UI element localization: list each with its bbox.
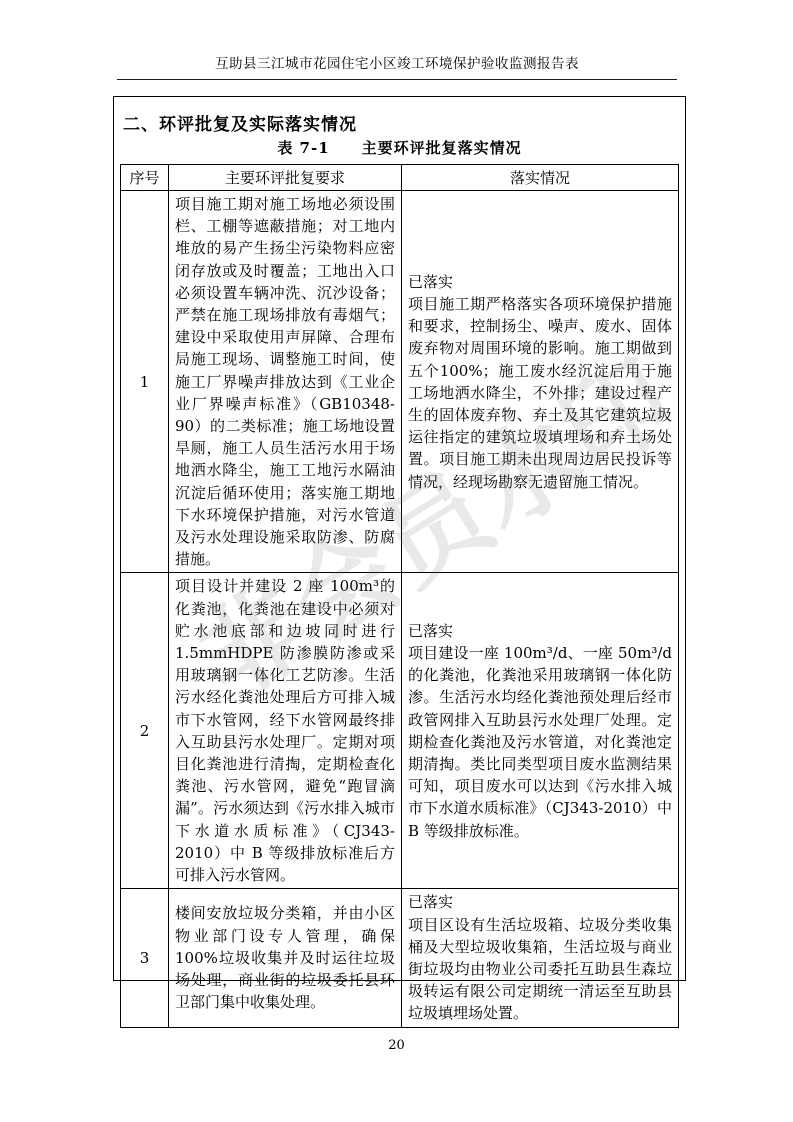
table-row: 3 楼间安放垃圾分类箱，并由小区物业部门设专人管理，确保 100%垃圾收集并及时… [121,889,679,1027]
table-row: 1 项目施工期对施工场地必须设围栏、工棚等遮蔽措施；对工地内堆放的易产生扬尘污染… [121,191,679,573]
cell-status-1: 已落实 项目施工期严格落实各项环境保护措施和要求，控制扬尘、噪声、废水、固体废弃… [402,191,679,573]
content-frame: 二、环评批复及实际落实情况 表 7-1 主要环评批复落实情况 序号 主要环评批复… [113,96,686,981]
cell-requirement-1: 项目施工期对施工场地必须设围栏、工棚等遮蔽措施；对工地内堆放的易产生扬尘污染物料… [169,191,402,573]
cell-seq-2: 2 [121,573,169,889]
epa-approval-table: 序号 主要环评批复要求 落实情况 1 项目施工期对施工场地必须设围栏、工棚等遮蔽… [120,164,679,1028]
table-caption: 表 7-1 主要环评批复落实情况 [114,137,685,158]
column-header-status: 落实情况 [402,165,679,191]
cell-status-2: 已落实 项目建设一座 100m³/d、一座 50m³/d 的化粪池，化粪池采用玻… [402,573,679,889]
column-header-requirement: 主要环评批复要求 [169,165,402,191]
column-header-seq: 序号 [121,165,169,191]
table-row: 2 项目设计并建设 2 座 100m³的化粪池，化粪池在建设中必须对贮水池底部和… [121,573,679,889]
document-page: 互助县三江城市花园住宅小区竣工环境保护验收监测报告表 非会员水印 二、环评批复及… [0,0,793,1122]
cell-requirement-3: 楼间安放垃圾分类箱，并由小区物业部门设专人管理，确保 100%垃圾收集并及时运往… [169,889,402,1027]
table-header-row: 序号 主要环评批复要求 落实情况 [121,165,679,191]
cell-seq-3: 3 [121,889,169,1027]
page-number: 20 [0,1038,793,1053]
page-header-title: 互助县三江城市花园住宅小区竣工环境保护验收监测报告表 [117,52,677,80]
section-heading: 二、环评批复及实际落实情况 [123,110,685,135]
cell-status-3: 已落实 项目区设有生活垃圾箱、垃圾分类收集桶及大型垃圾收集箱，生活垃圾与商业街垃… [402,889,679,1027]
cell-requirement-2: 项目设计并建设 2 座 100m³的化粪池，化粪池在建设中必须对贮水池底部和边坡… [169,573,402,889]
cell-seq-1: 1 [121,191,169,573]
